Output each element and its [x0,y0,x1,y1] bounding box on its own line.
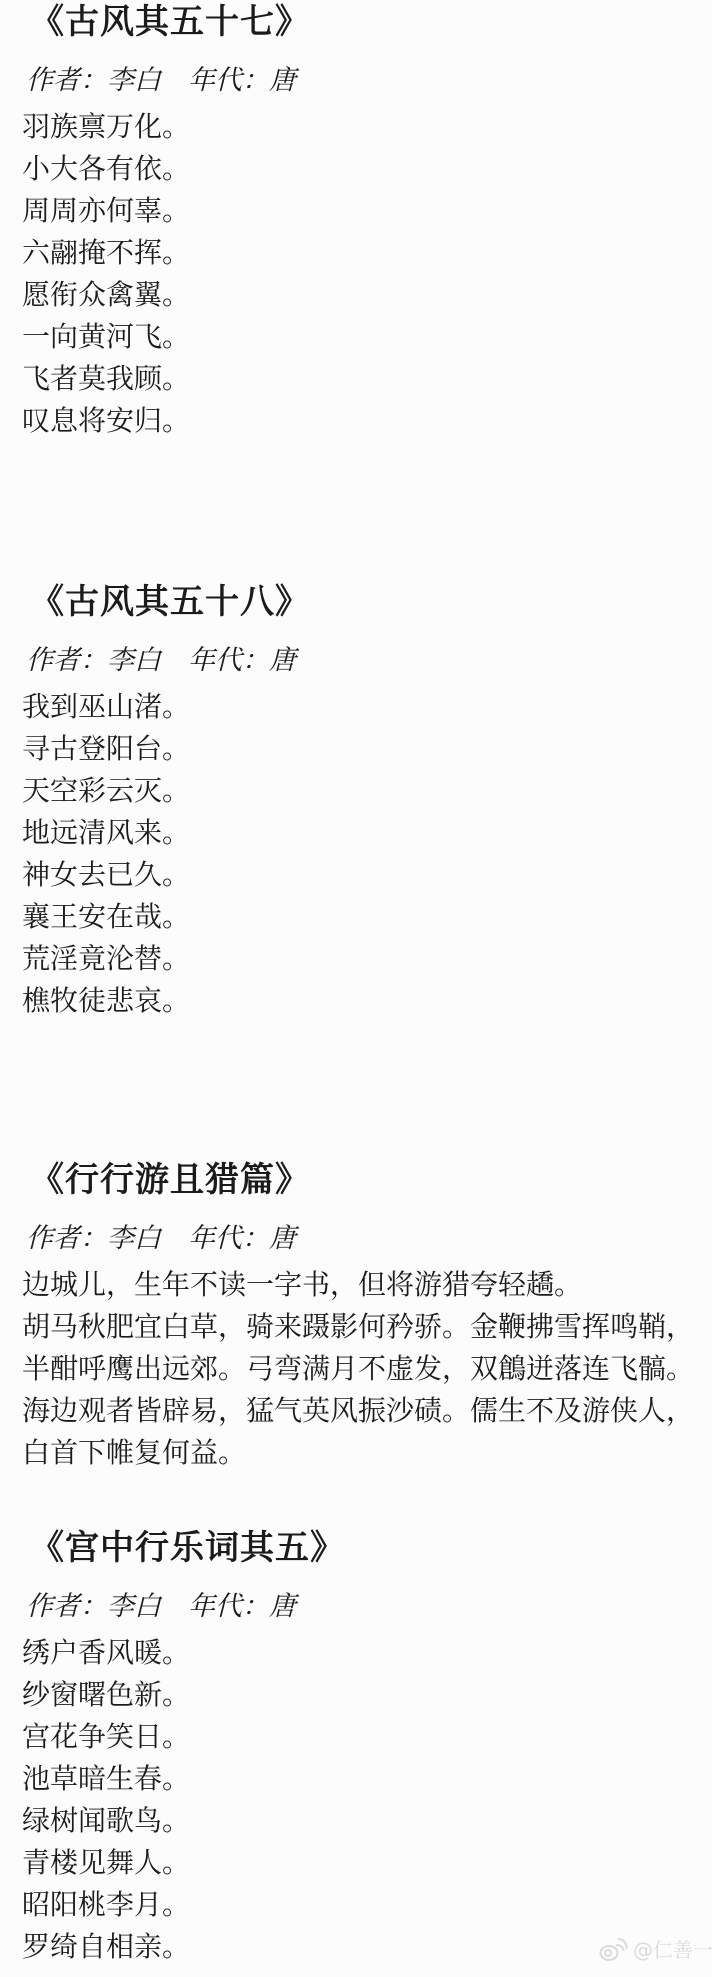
poem-line: 池草暗生春。 [22,1758,712,1800]
poem-author-line: 作者：李白 年代：唐 [0,1222,712,1256]
poem-author-line: 作者：李白 年代：唐 [0,64,712,98]
poem-xingxing-you-qie-lie: 《行行游且猎篇》 作者：李白 年代：唐 边城儿，生年不读一字书，但将游猎夸轻趫。… [0,1158,712,1474]
poem-line: 绿树闻歌鸟。 [22,1800,712,1842]
poem-line: 一向黄河飞。 [22,316,712,358]
weibo-logo-icon [598,1936,628,1962]
poem-gufeng-57: 《古风其五十七》 作者：李白 年代：唐 羽族禀万化。小大各有依。周周亦何辜。六翮… [0,0,712,442]
watermark-username: @仁善一 [633,1934,712,1963]
poem-title: 《古风其五十七》 [0,0,712,44]
poem-line: 青楼见舞人。 [22,1842,712,1884]
poem-lines: 我到巫山渚。寻古登阳台。天空彩云灭。地远清风来。神女去已久。襄王安在哉。荒淫竟沦… [0,686,712,1022]
poem-line: 纱窗曙色新。 [22,1674,712,1716]
poem-line: 边城儿，生年不读一字书，但将游猎夸轻趫。 [22,1264,712,1306]
poem-line: 天空彩云灭。 [22,770,712,812]
poem-line: 襄王安在哉。 [22,896,712,938]
poem-line: 海边观者皆辟易，猛气英风振沙碛。儒生不及游侠人， [22,1390,712,1432]
poem-line: 小大各有依。 [22,148,712,190]
poem-line: 白首下帷复何益。 [22,1432,712,1474]
poem-line: 寻古登阳台。 [22,728,712,770]
poem-line: 我到巫山渚。 [22,686,712,728]
poem-line: 宫花争笑日。 [22,1716,712,1758]
poem-author-line: 作者：李白 年代：唐 [0,644,712,678]
poem-lines: 绣户香风暖。纱窗曙色新。宫花争笑日。池草暗生春。绿树闻歌鸟。青楼见舞人。昭阳桃李… [0,1632,712,1968]
poem-line: 地远清风来。 [22,812,712,854]
poem-lines: 边城儿，生年不读一字书，但将游猎夸轻趫。胡马秋肥宜白草，骑来蹑影何矜骄。金鞭拂雪… [0,1264,712,1474]
poem-title: 《宫中行乐词其五》 [0,1526,712,1570]
poem-line: 六翮掩不挥。 [22,232,712,274]
poem-line: 飞者莫我顾。 [22,358,712,400]
poem-gufeng-58: 《古风其五十八》 作者：李白 年代：唐 我到巫山渚。寻古登阳台。天空彩云灭。地远… [0,580,712,1022]
poem-line: 荒淫竟沦替。 [22,938,712,980]
poem-line: 羽族禀万化。 [22,106,712,148]
poem-line: 周周亦何辜。 [22,190,712,232]
poem-line: 半酣呼鹰出远郊。弓弯满月不虚发，双鶬迸落连飞髇。 [22,1348,712,1390]
poem-author-line: 作者：李白 年代：唐 [0,1590,712,1624]
poem-line: 绣户香风暖。 [22,1632,712,1674]
poem-title: 《古风其五十八》 [0,580,712,624]
weibo-watermark: @仁善一 [598,1934,712,1963]
poem-line: 神女去已久。 [22,854,712,896]
poem-gongzhong-xingle-ci-5: 《宫中行乐词其五》 作者：李白 年代：唐 绣户香风暖。纱窗曙色新。宫花争笑日。池… [0,1526,712,1968]
poem-line: 昭阳桃李月。 [22,1884,712,1926]
poem-line: 愿衔众禽翼。 [22,274,712,316]
poem-line: 胡马秋肥宜白草，骑来蹑影何矜骄。金鞭拂雪挥鸣鞘， [22,1306,712,1348]
poem-lines: 羽族禀万化。小大各有依。周周亦何辜。六翮掩不挥。愿衔众禽翼。一向黄河飞。飞者莫我… [0,106,712,442]
poem-title: 《行行游且猎篇》 [0,1158,712,1202]
poem-line: 叹息将安归。 [22,400,712,442]
poem-line: 樵牧徒悲哀。 [22,980,712,1022]
